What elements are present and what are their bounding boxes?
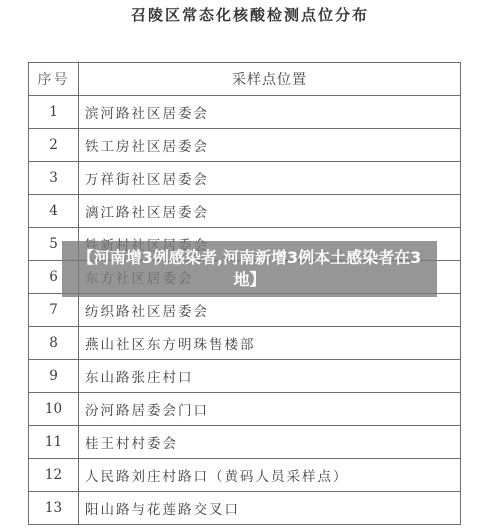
header-index: 序号: [29, 63, 79, 96]
document-title: 召陵区常态化核酸检测点位分布: [0, 4, 500, 25]
row-index: 12: [29, 459, 79, 492]
row-index: 7: [29, 294, 79, 327]
table-row: 3 万祥街社区居委会: [29, 162, 461, 195]
table-header-row: 序号 采样点位置: [29, 63, 461, 96]
table-row: 11 桂王村村委会: [29, 426, 461, 459]
row-location: 汾河路居委会门口: [79, 393, 461, 426]
row-index: 3: [29, 162, 79, 195]
table-row: 1 滨河路社区居委会: [29, 96, 461, 129]
table-row: 12 人民路刘庄村路口（黄码人员采样点）: [29, 459, 461, 492]
row-location: 滨河路社区居委会: [79, 96, 461, 129]
row-index: 4: [29, 195, 79, 228]
row-location: 万祥街社区居委会: [79, 162, 461, 195]
table-row: 7 纺织路社区居委会: [29, 294, 461, 327]
row-location: 铁工房社区居委会: [79, 129, 461, 162]
header-location: 采样点位置: [79, 63, 461, 96]
row-index: 13: [29, 492, 79, 525]
row-location: 漓江路社区居委会: [79, 195, 461, 228]
row-index: 8: [29, 327, 79, 360]
row-location: 东山路张庄村口: [79, 360, 461, 393]
row-index: 11: [29, 426, 79, 459]
caption-overlay-banner: 【河南增3例感染者,河南新增3例本土感染者在3地】: [62, 241, 437, 297]
row-location: 纺织路社区居委会: [79, 294, 461, 327]
table-row: 10 汾河路居委会门口: [29, 393, 461, 426]
table-row: 13 阳山路与花莲路交叉口: [29, 492, 461, 525]
caption-overlay-text: 【河南增3例感染者,河南新增3例本土感染者在3地】: [70, 247, 430, 291]
row-location: 桂王村村委会: [79, 426, 461, 459]
row-location: 燕山社区东方明珠售楼部: [79, 327, 461, 360]
row-index: 1: [29, 96, 79, 129]
row-location: 阳山路与花莲路交叉口: [79, 492, 461, 525]
table-row: 2 铁工房社区居委会: [29, 129, 461, 162]
row-location: 人民路刘庄村路口（黄码人员采样点）: [79, 459, 461, 492]
row-index: 2: [29, 129, 79, 162]
row-index: 10: [29, 393, 79, 426]
table-row: 4 漓江路社区居委会: [29, 195, 461, 228]
row-index: 9: [29, 360, 79, 393]
table-row: 9 东山路张庄村口: [29, 360, 461, 393]
table-row: 8 燕山社区东方明珠售楼部: [29, 327, 461, 360]
